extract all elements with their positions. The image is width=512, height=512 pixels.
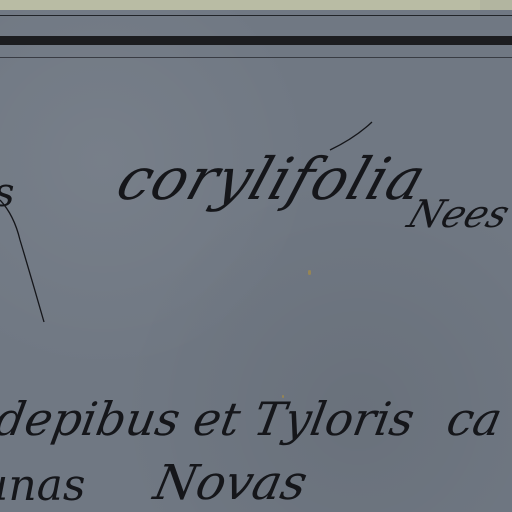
handwriting-line2: depibus et Tyloris [0, 392, 419, 446]
handwriting-author: Nees [402, 192, 512, 236]
paper-speck [308, 270, 311, 275]
handwriting-line1-fragment: s [0, 170, 15, 216]
handwriting-species-epithet: corylifolia [109, 145, 435, 213]
handwriting-line3-fragment: unas [0, 460, 86, 511]
handwriting-line3-main: Novas [149, 455, 312, 511]
